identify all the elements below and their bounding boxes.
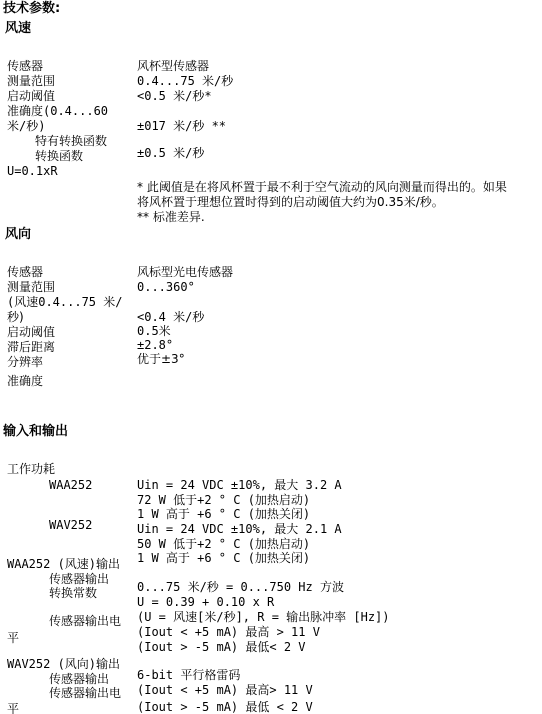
- io-waa252-line-1: Uin = 24 VDC ±10%, 最大 3.2 A: [137, 478, 342, 492]
- io-waa-line-5: (Iout > -5 mA) 最低< 2 V: [137, 640, 306, 654]
- section-heading-wind-direction: 风向: [5, 227, 31, 243]
- wd-label-delay: 滞后距离: [7, 340, 55, 354]
- io-wav-line-3: (Iout > -5 mA) 最低 < 2 V: [137, 700, 313, 714]
- io-wav252-line-3: 1 W 高于 +6 ° C (加热关闭): [137, 551, 310, 565]
- io-wav252-line-2: 50 W 低于+2 ° C (加热启动): [137, 537, 310, 551]
- wd-value-range: 0...360°: [137, 280, 195, 294]
- wd-label-sensor: 传感器: [7, 265, 43, 279]
- io-waa252-line-3: 1 W 高于 +6 ° C (加热关闭): [137, 507, 310, 521]
- io-wav-sensor-output: 传感器输出: [49, 672, 109, 686]
- wd-label-speed-range-cont: 秒): [7, 310, 24, 324]
- io-wav-sensor-output-level: 传感器输出电: [49, 686, 121, 700]
- io-waa-line-1: 0...75 米/秒 = 0...750 Hz 方波: [137, 580, 344, 594]
- io-wav-line-1: 6-bit 平行格雷码: [137, 668, 240, 682]
- io-waa-sensor-output-level: 传感器输出电: [49, 614, 121, 628]
- ws-note-3: ** 标准差异.: [137, 210, 205, 224]
- io-wav-output-label: WAV252 (风向)输出: [7, 657, 120, 671]
- io-wav-line-2: (Iout < +5 mA) 最高> 11 V: [137, 683, 313, 697]
- page-title: 技术参数:: [3, 1, 60, 17]
- io-waa252-label: WAA252: [49, 478, 92, 492]
- section-heading-wind-speed: 风速: [5, 21, 31, 37]
- wd-value-sensor: 风标型光电传感器: [137, 265, 233, 279]
- ws-value-transfer: ±0.5 米/秒: [137, 146, 204, 160]
- io-waa-line-2: U = 0.39 + 0.10 x R: [137, 595, 274, 609]
- io-wav-level-suffix: 平: [7, 702, 19, 714]
- ws-label-sensor: 传感器: [7, 59, 43, 73]
- ws-label-range: 测量范围: [7, 74, 55, 88]
- ws-value-threshold: <0.5 米/秒*: [137, 89, 212, 103]
- ws-label-formula: U=0.1xR: [7, 164, 58, 178]
- wd-value-speed-range: <0.4 米/秒: [137, 310, 204, 324]
- wd-label-threshold: 启动阈值: [7, 325, 55, 339]
- io-wav252-label: WAV252: [49, 518, 92, 532]
- wd-label-resolution: 分辨率: [7, 355, 43, 369]
- wd-value-resolution: 优于±3°: [137, 352, 185, 366]
- ws-value-sensor: 风杯型传感器: [137, 59, 209, 73]
- io-waa-output-label: WAA252 (风速)输出: [7, 557, 120, 571]
- io-wav252-line-1: Uin = 24 VDC ±10%, 最大 2.1 A: [137, 522, 342, 536]
- io-waa-level-suffix: 平: [7, 631, 19, 645]
- ws-label-specific-transfer: 特有转换函数: [35, 134, 107, 148]
- io-waa-line-3: (U = 风速[米/秒], R = 输出脉冲率 [Hz]): [137, 610, 390, 624]
- ws-note-1: * 此阈值是在将风杯置于最不利于空气流动的风向测量而得出的。如果: [137, 180, 507, 194]
- ws-note-2: 将风杯置于理想位置时得到的启动阈值大约为0.35米/秒。: [137, 195, 444, 209]
- wd-value-delay: ±2.8°: [137, 338, 173, 352]
- ws-label-accuracy: 准确度(0.4...60: [7, 104, 108, 118]
- ws-label-transfer: 转换函数: [35, 149, 83, 163]
- io-power-label: 工作功耗: [7, 462, 55, 476]
- ws-label-threshold: 启动阈值: [7, 89, 55, 103]
- io-waa-conversion-constant: 转换常数: [49, 586, 97, 600]
- io-waa-sensor-output: 传感器输出: [49, 572, 109, 586]
- ws-label-accuracy-cont: 米/秒): [7, 119, 45, 133]
- io-waa252-line-2: 72 W 低于+2 ° C (加热启动): [137, 493, 310, 507]
- ws-value-accuracy: ±017 米/秒 **: [137, 119, 226, 133]
- section-heading-io: 输入和输出: [3, 424, 68, 440]
- wd-label-range: 测量范围: [7, 280, 55, 294]
- wd-label-speed-range: (风速0.4...75 米/: [7, 295, 122, 309]
- wd-label-accuracy: 准确度: [7, 374, 43, 388]
- wd-value-threshold: 0.5米: [137, 324, 171, 338]
- io-waa-line-4: (Iout < +5 mA) 最高 > 11 V: [137, 625, 320, 639]
- ws-value-range: 0.4...75 米/秒: [137, 74, 233, 88]
